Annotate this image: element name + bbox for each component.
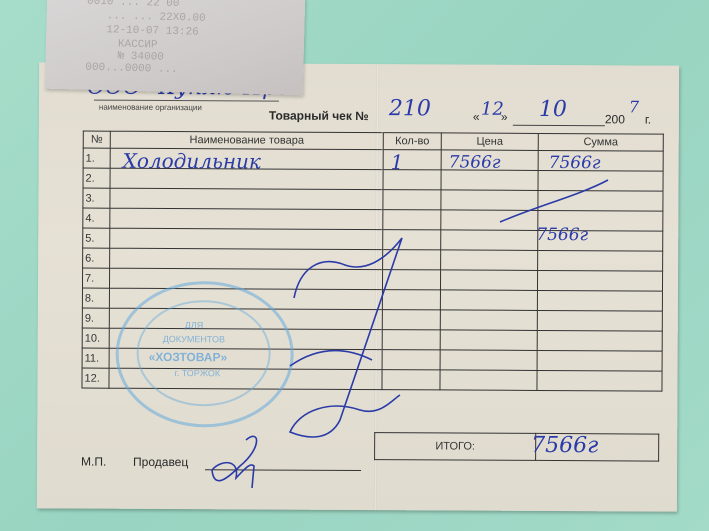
- year-unit: г.: [645, 112, 651, 126]
- item-name-handwritten: Холодильник: [123, 149, 261, 174]
- column-header-name: Наименование товара: [110, 131, 383, 149]
- seller-label: Продавец: [133, 455, 188, 469]
- seller-signature-line: [205, 469, 361, 471]
- row-number: 11.: [82, 348, 109, 368]
- row-number: 5.: [83, 228, 110, 248]
- sales-receipt-paper: ООО "Куплю-Про" наименование организации…: [37, 62, 679, 511]
- stamp-line-2: ДОКУМЕНТОВ: [163, 334, 225, 344]
- receipt-number: 210: [389, 96, 431, 121]
- organization-underline: [94, 100, 279, 102]
- year-prefix: 200: [605, 112, 625, 126]
- stamp-line-1: ДЛЯ: [185, 320, 204, 330]
- organization-label: наименование организации: [99, 103, 202, 113]
- stamp-place-label: М.П.: [81, 455, 106, 469]
- column-header-sum: Сумма: [538, 133, 663, 151]
- item-qty-handwritten: 1: [391, 150, 404, 174]
- company-stamp: ДЛЯ ДОКУМЕНТОВ «ХОЗТОВАР» г. ТОРЖОК: [115, 281, 294, 428]
- column-header-qty: Кол-во: [383, 133, 441, 150]
- row-number: 6.: [83, 248, 110, 268]
- month-underline: [513, 125, 605, 126]
- row-number: 9.: [82, 308, 109, 328]
- stamp-line-4: г. ТОРЖОК: [175, 368, 221, 378]
- receipt-title: Товарный чек №: [269, 109, 369, 124]
- slip-line: 0010 ... 22 00: [87, 0, 180, 10]
- slip-line: 000...0000 ...: [85, 62, 178, 76]
- slip-line: ... ... 22Х0.00: [107, 10, 206, 25]
- row-number: 12.: [82, 368, 109, 388]
- row-number: 4.: [83, 208, 110, 228]
- slip-line: 12-10-07 13:26: [106, 24, 199, 38]
- row-number: 1.: [83, 148, 110, 168]
- item-price-handwritten: 7566г: [449, 152, 501, 172]
- day-quote-open: «: [473, 110, 480, 124]
- column-header-number: №: [83, 131, 110, 148]
- item-sum-handwritten: 7566г: [549, 153, 601, 173]
- row-number: 3.: [83, 188, 110, 208]
- total-value-handwritten: 7566г: [531, 433, 598, 458]
- year-suffix: 7: [629, 97, 639, 116]
- total-label: ИТОГО:: [375, 433, 536, 461]
- row-number: 8.: [82, 288, 109, 308]
- day-quote-close: »: [501, 110, 508, 124]
- column-header-price: Цена: [441, 133, 538, 151]
- receipt-month: 10: [539, 97, 567, 122]
- subtotal-handwritten: 7566г: [536, 225, 588, 245]
- cash-register-slip: 0010 ... 22 00 ... ... 22Х0.00 12-10-07 …: [45, 0, 305, 95]
- row-number: 10.: [82, 328, 109, 348]
- row-number: 7.: [82, 268, 109, 288]
- row-number: 2.: [83, 168, 110, 188]
- stamp-line-3: «ХОЗТОВАР»: [149, 350, 228, 364]
- slip-line: КАССИР: [118, 39, 158, 52]
- total-box: ИТОГО:: [374, 432, 659, 461]
